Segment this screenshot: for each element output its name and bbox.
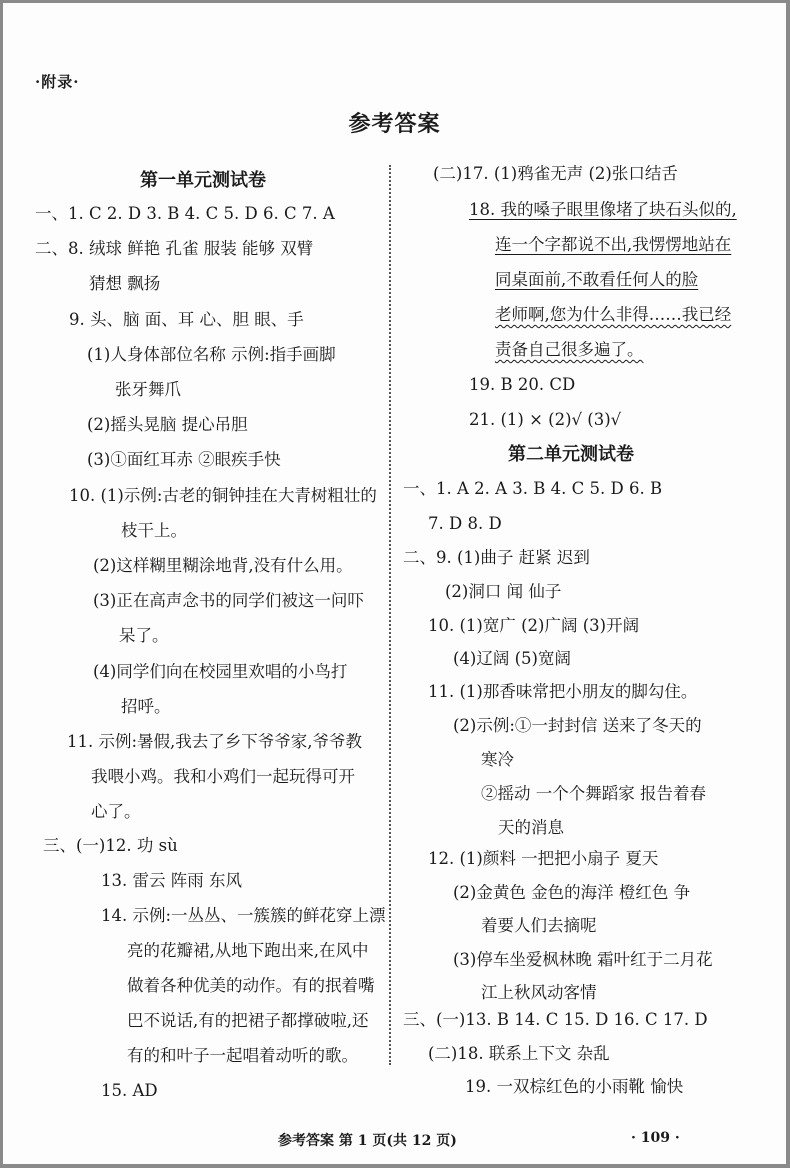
answer-line: 二、8. 绒球 鲜艳 孔雀 服装 能够 双臂 <box>35 238 313 260</box>
wavy-underlined-answer-line: 老师啊,您为什么非得……我已经 <box>495 304 731 326</box>
answer-line: 14. 示例:一丛丛、一簇簇的鲜花穿上漂 <box>101 905 386 927</box>
answer-line: 呆了。 <box>119 625 169 647</box>
answer-line: (2)金黄色 金色的海洋 橙红色 争 <box>453 882 690 904</box>
page-number: · 109 · <box>631 1130 680 1146</box>
underlined-answer-line: 18. 我的嗓子眼里像堵了块石头似的, <box>469 199 737 221</box>
answer-line: 10. (1)示例:古老的铜钟挂在大青树粗壮的 <box>69 485 377 507</box>
underlined-answer-line: 连一个字都说不出,我愣愣地站在 <box>495 234 731 256</box>
answer-line: 19. B 20. CD <box>469 374 575 396</box>
answer-line: 有的和叶子一起唱着动听的歌。 <box>127 1045 358 1067</box>
answer-line: 9. 头、脑 面、耳 心、胆 眼、手 <box>69 309 304 331</box>
answer-line: 心了。 <box>91 801 141 823</box>
answer-line: 亮的花瓣裙,从地下跑出来,在风中 <box>127 940 369 962</box>
answer-line: (1)人身体部位名称 示例:指手画脚 <box>87 344 336 366</box>
answer-line: 天的消息 <box>498 817 564 839</box>
answer-line: 12. (1)颜料 一把把小扇子 夏天 <box>428 848 658 870</box>
answer-line: 着要人们去摘呢 <box>481 915 597 937</box>
section-title-unit-1: 第一单元测试卷 <box>140 166 266 192</box>
answer-line: (3)停车坐爱枫林晚 霜叶红于二月花 <box>453 949 713 971</box>
appendix-label: ·附录· <box>35 71 79 92</box>
answer-line: 江上秋风动客情 <box>481 982 597 1004</box>
answer-line: 13. 雷云 阵雨 东风 <box>101 870 242 892</box>
answer-line: 一、1. C 2. D 3. B 4. C 5. D 6. C 7. A <box>35 203 335 225</box>
answer-line: 寒冷 <box>481 749 514 771</box>
answer-line: (4)同学们向在校园里欢唱的小鸟打 <box>93 661 347 683</box>
answer-line: (3)正在高声念书的同学们被这一问吓 <box>93 590 364 612</box>
answer-line: 枝干上。 <box>121 520 187 542</box>
answer-line: 三、(一)13. B 14. C 15. D 16. C 17. D <box>403 1009 708 1031</box>
page-title: 参考答案 <box>3 107 786 138</box>
answer-line: 猜想 飘扬 <box>89 273 160 295</box>
answer-line: (2)摇头晃脑 提心吊胆 <box>87 414 248 436</box>
answer-line: 15. AD <box>101 1080 158 1102</box>
answer-line: 二、9. (1)曲子 赶紧 迟到 <box>403 547 590 569</box>
answer-line: 一、1. A 2. A 3. B 4. C 5. D 6. B <box>403 478 662 500</box>
answer-line: 11. 示例:暑假,我去了乡下爷爷家,爷爷教 <box>67 731 362 753</box>
answer-line: 张牙舞爪 <box>115 379 181 401</box>
answer-line: (3)①面红耳赤 ②眼疾手快 <box>87 449 281 471</box>
answer-line: 7. D 8. D <box>428 513 502 535</box>
answer-line: (2)洞口 闻 仙子 <box>445 581 561 603</box>
answer-line: 10. (1)宽广 (2)广阔 (3)开阔 <box>428 615 639 637</box>
answer-line: 做着各种优美的动作。有的抿着嘴 <box>127 975 375 997</box>
document-page: ·附录· 参考答案 第一单元测试卷 一、1. C 2. D 3. B 4. C … <box>3 3 786 1164</box>
answer-line: 我喂小鸡。我和小鸡们一起玩得可开 <box>91 766 355 788</box>
answer-line: (4)辽阔 (5)宽阔 <box>453 648 571 670</box>
answer-line: (2)这样糊里糊涂地背,没有什么用。 <box>93 555 353 577</box>
answer-line: 11. (1)那香味常把小朋友的脚勾住。 <box>428 681 697 703</box>
column-divider <box>389 165 391 1065</box>
underlined-answer-line: 同桌面前,不敢看任何人的脸 <box>495 269 698 291</box>
answer-line: 巴不说话,有的把裙子都撑破啦,还 <box>127 1010 369 1032</box>
answer-line: (2)示例:①一封封信 送来了冬天的 <box>453 715 702 737</box>
footer-label: 参考答案 第 1 页(共 12 页) <box>278 1130 457 1150</box>
answer-line: 21. (1) × (2)√ (3)√ <box>469 409 621 431</box>
answer-line: 19. 一双棕红色的小雨靴 愉快 <box>465 1076 683 1098</box>
answer-line: 三、(一)12. 功 sù <box>43 835 178 857</box>
answer-line: (二)17. (1)鸦雀无声 (2)张口结舌 <box>433 163 678 185</box>
answer-line: 招呼。 <box>121 696 171 718</box>
section-title-unit-2: 第二单元测试卷 <box>508 440 634 466</box>
answer-line: ②摇动 一个个舞蹈家 报告着春 <box>481 783 706 805</box>
wavy-underlined-answer-line: 责备自己很多遍了。 <box>495 339 644 361</box>
answer-line: (二)18. 联系上下文 杂乱 <box>428 1043 610 1065</box>
